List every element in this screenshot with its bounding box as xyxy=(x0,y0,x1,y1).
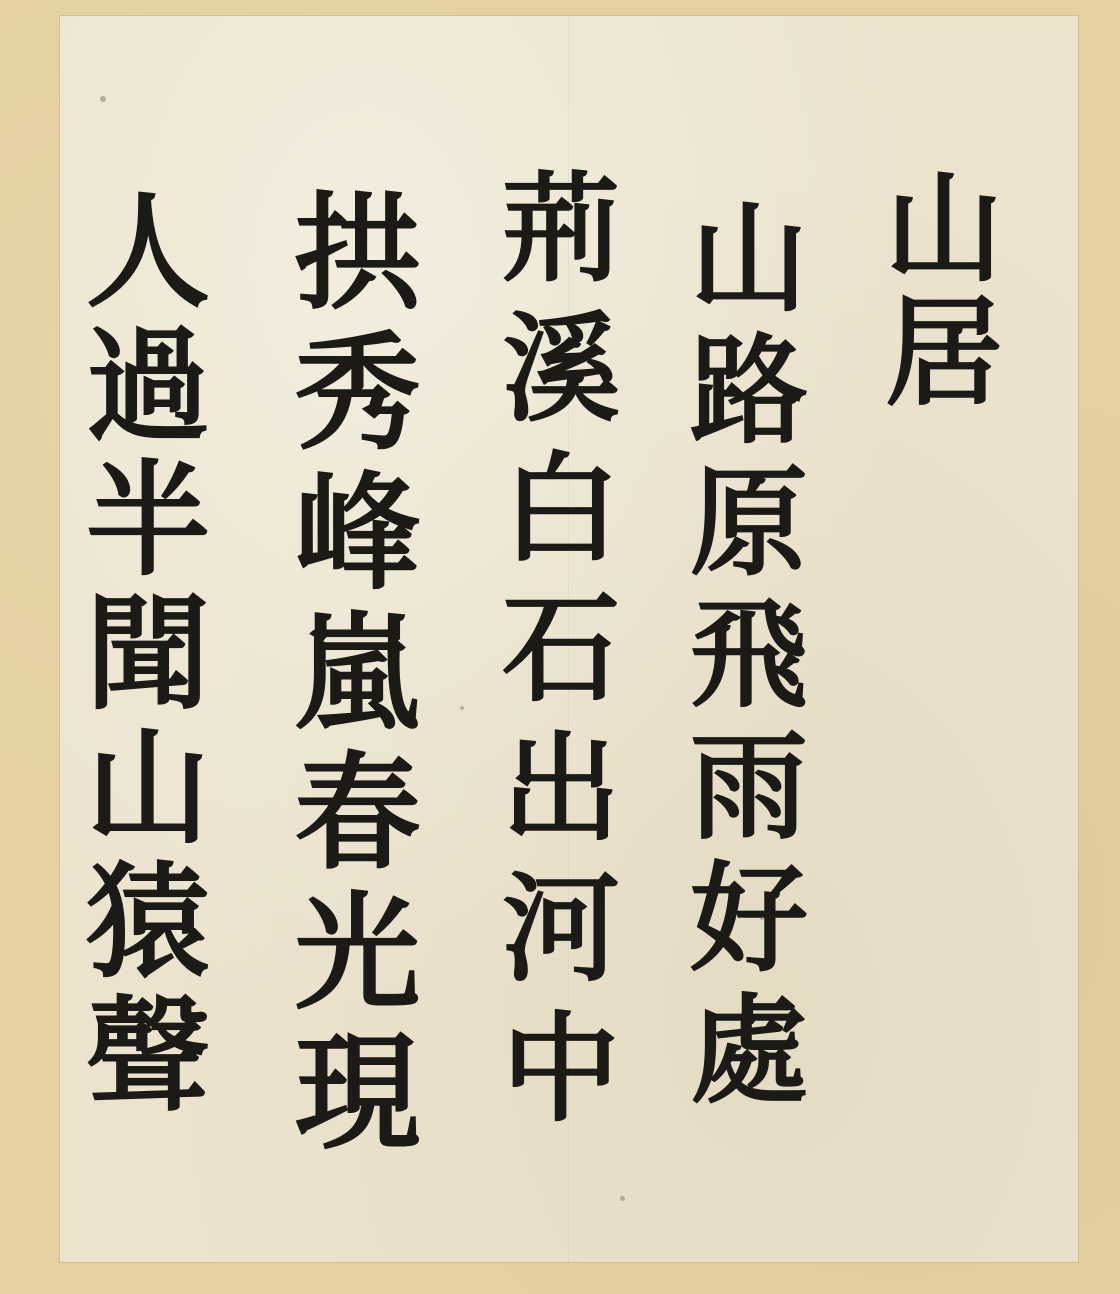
calligraphy-column-4: 拱秀峰嵐春光現 xyxy=(285,186,411,1166)
paper-speck xyxy=(760,916,764,920)
calligraphy-column-5: 人過半聞山猿聲 xyxy=(75,186,199,1124)
calligraphy-column-2: 山路原飛雨好處 xyxy=(680,196,798,1120)
paper-speck xyxy=(620,1196,625,1201)
calligraphy-column-3: 荊溪白石出河中 xyxy=(492,166,610,1146)
paper-speck xyxy=(460,706,464,710)
calligraphy-paper-sheet: 山居 山路原飛雨好處 荊溪白石出河中 拱秀峰嵐春光現 人過半聞山猿聲 xyxy=(60,16,1078,1262)
calligraphy-column-title: 山居 xyxy=(875,166,993,414)
paper-speck xyxy=(100,96,106,102)
